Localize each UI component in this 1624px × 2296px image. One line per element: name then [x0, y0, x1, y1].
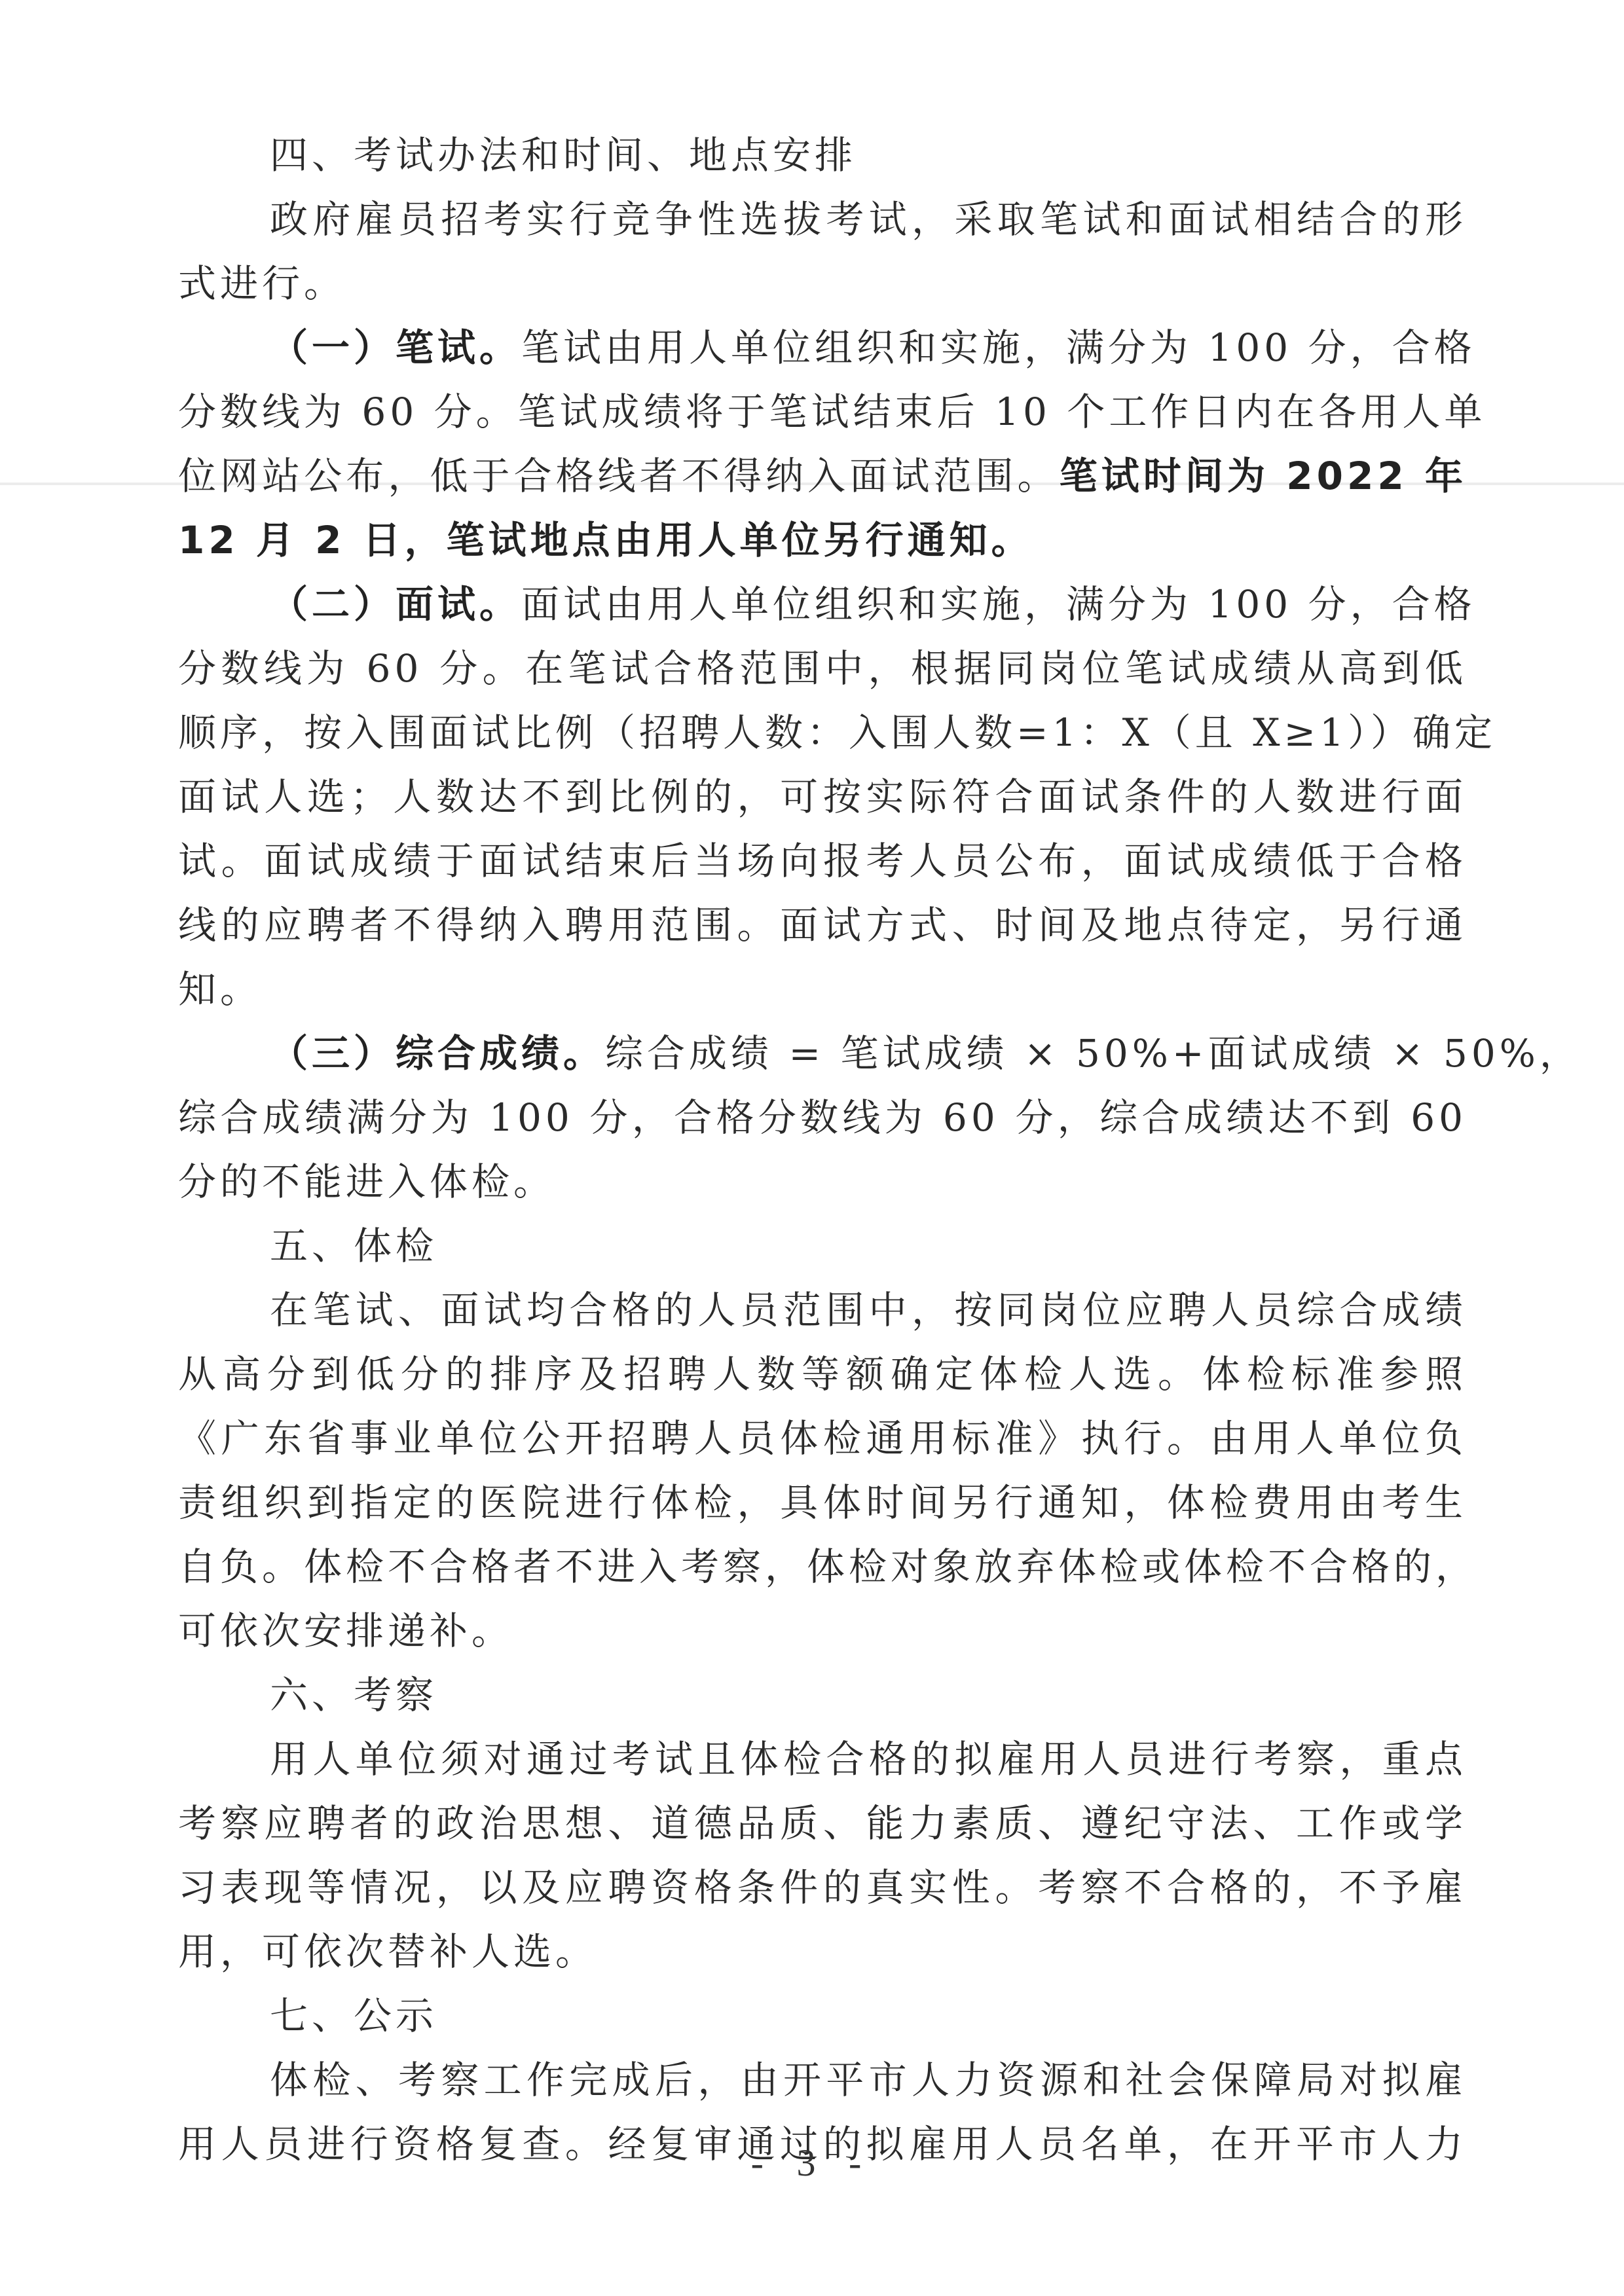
written-exam-label: （一）笔试。: [270, 325, 521, 370]
paragraph-line: 《广东省事业单位公开招聘人员体检通用标准》执行。由用人单位负: [178, 1406, 1467, 1470]
written-exam-date-line: 位网站公布，低于合格线者不得纳入面试范围。笔试时间为 2022 年: [178, 444, 1467, 508]
paragraph-line: 可依次安排递补。: [178, 1599, 1467, 1663]
section-heading-inspection: 六、考察: [178, 1663, 1467, 1727]
section-heading-publicity: 七、公示: [178, 1984, 1467, 2048]
paragraph-line: 习表现等情况，以及应聘资格条件的真实性。考察不合格的，不予雇: [178, 1855, 1467, 1920]
paragraph-line: 体检、考察工作完成后，由开平市人力资源和社会保障局对拟雇: [178, 2048, 1467, 2112]
section-heading-physical-exam: 五、体检: [178, 1214, 1467, 1278]
paragraph-line: 分数线为 60 分。在笔试合格范围中，根据同岗位笔试成绩从高到低: [178, 636, 1467, 701]
paragraph-line: 责组织到指定的医院进行体检，具体时间另行通知，体检费用由考生: [178, 1470, 1467, 1535]
document-page: 四、考试办法和时间、地点安排 政府雇员招考实行竞争性选拔考试，采取笔试和面试相结…: [0, 0, 1624, 2296]
paragraph-line: 试。面试成绩于面试结束后当场向报考人员公布，面试成绩低于合格: [178, 829, 1467, 893]
paragraph-line: 分数线为 60 分。笔试成绩将于笔试结束后 10 个工作日内在各用人单: [178, 380, 1467, 444]
interview-line: （二）面试。面试由用人单位组织和实施，满分为 100 分，合格: [178, 572, 1467, 636]
written-exam-text: 位网站公布，低于合格线者不得纳入面试范围。: [178, 454, 1060, 498]
paragraph-line: 面试人选；人数达不到比例的，可按实际符合面试条件的人数进行面: [178, 765, 1467, 829]
written-exam-date: 笔试时间为 2022 年: [1060, 454, 1467, 498]
paragraph-line: 式进行。: [178, 251, 1467, 316]
written-exam-text: 笔试由用人单位组织和实施，满分为 100 分，合格: [521, 325, 1476, 370]
page-number: - 3 -: [0, 2141, 1624, 2185]
paragraph-line: 分的不能进入体检。: [178, 1150, 1467, 1214]
paragraph-line: 自负。体检不合格者不进入考察，体检对象放弃体检或体检不合格的，: [178, 1535, 1467, 1599]
composite-score-formula: 综合成绩 = 笔试成绩 × 50%+面试成绩 × 50%，: [605, 1031, 1581, 1076]
interview-label: （二）面试。: [270, 582, 521, 627]
page-content: 四、考试办法和时间、地点安排 政府雇员招考实行竞争性选拔考试，采取笔试和面试相结…: [178, 123, 1467, 2176]
paragraph-line: 政府雇员招考实行竞争性选拔考试，采取笔试和面试相结合的形: [178, 187, 1467, 251]
paragraph-line: 线的应聘者不得纳入聘用范围。面试方式、时间及地点待定，另行通: [178, 893, 1467, 957]
section-heading-exam-arrangement: 四、考试办法和时间、地点安排: [178, 123, 1467, 187]
paragraph-line: 从高分到低分的排序及招聘人数等额确定体检人选。体检标准参照: [178, 1342, 1467, 1406]
paragraph-line: 用人单位须对通过考试且体检合格的拟雇用人员进行考察，重点: [178, 1727, 1467, 1791]
paragraph-line: 综合成绩满分为 100 分，合格分数线为 60 分，综合成绩达不到 60: [178, 1085, 1467, 1150]
paragraph-line: 在笔试、面试均合格的人员范围中，按同岗位应聘人员综合成绩: [178, 1278, 1467, 1342]
written-exam-line: （一）笔试。笔试由用人单位组织和实施，满分为 100 分，合格: [178, 316, 1467, 380]
composite-score-line: （三）综合成绩。综合成绩 = 笔试成绩 × 50%+面试成绩 × 50%，: [178, 1021, 1467, 1085]
paragraph-line: 考察应聘者的政治思想、道德品质、能力素质、遵纪守法、工作或学: [178, 1791, 1467, 1855]
written-exam-date-continued: 12 月 2 日，笔试地点由用人单位另行通知。: [178, 508, 1467, 572]
paragraph-line: 知。: [178, 957, 1467, 1021]
paragraph-line: 顺序，按入围面试比例（招聘人数：入围人数=1：X（且 X≥1））确定: [178, 701, 1467, 765]
paragraph-line: 用，可依次替补人选。: [178, 1920, 1467, 1984]
composite-score-label: （三）综合成绩。: [270, 1031, 605, 1076]
interview-text: 面试由用人单位组织和实施，满分为 100 分，合格: [521, 582, 1476, 627]
